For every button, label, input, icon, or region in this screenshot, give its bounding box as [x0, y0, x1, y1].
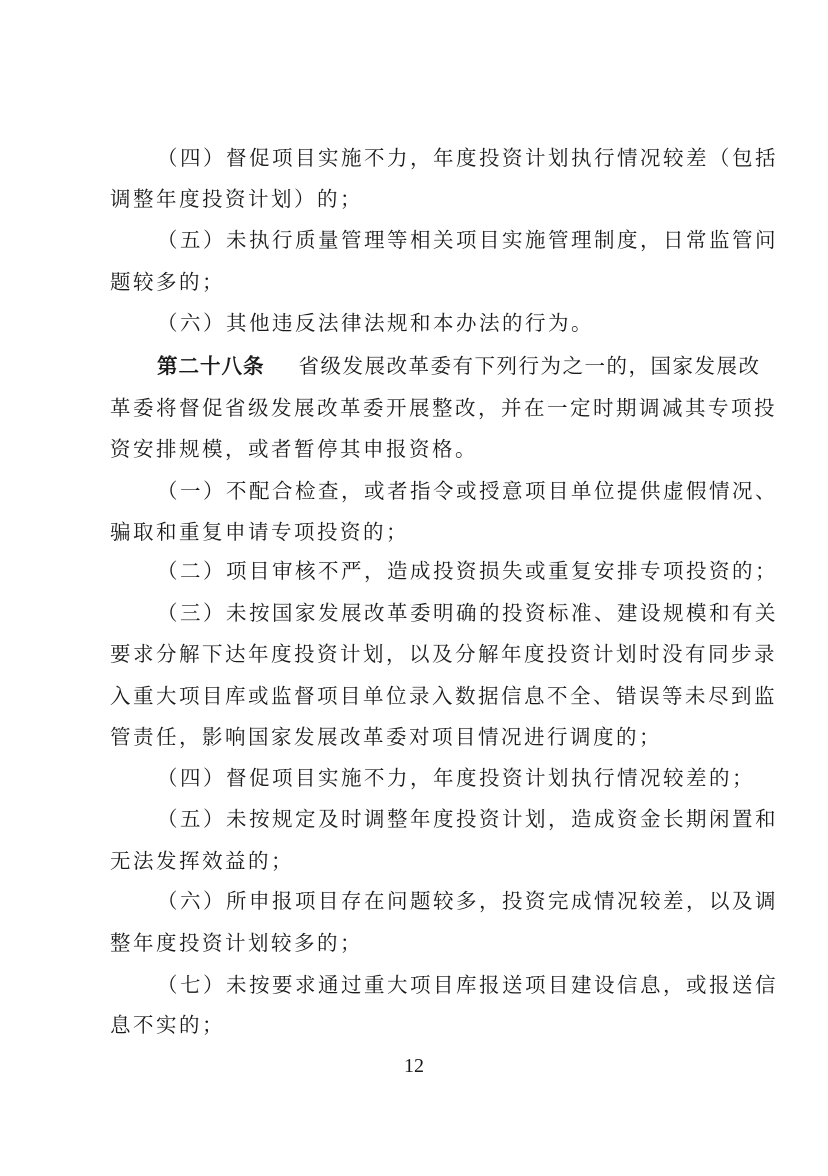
article-text: 省级发展改革委有下列行为之一的，国家发展改 — [299, 354, 761, 378]
article-heading: 第二十八条 — [157, 354, 265, 378]
text-line: 题较多的； — [110, 267, 720, 297]
text-line: 资安排规模，或者暂停其申报资格。 — [110, 434, 720, 464]
text-line: 无法发挥效益的； — [110, 846, 720, 876]
text-line: 入重大项目库或监督项目单位录入数据信息不全、错误等未尽到监 — [110, 681, 720, 711]
text-line: 息不实的； — [110, 1010, 720, 1040]
text-line: （三）未按国家发展改革委明确的投资标准、建设规模和有关 — [157, 598, 720, 628]
text-line: 整年度投资计划较多的； — [110, 928, 720, 958]
text-line: 管责任，影响国家发展改革委对项目情况进行调度的； — [110, 722, 720, 752]
text-line: （四）督促项目实施不力，年度投资计划执行情况较差的； — [157, 763, 720, 793]
text-line: （四）督促项目实施不力，年度投资计划执行情况较差（包括 — [157, 143, 720, 173]
text-line: 骗取和重复申请专项投资的； — [110, 517, 720, 547]
text-line: （一）不配合检查，或者指令或授意项目单位提供虚假情况、 — [157, 476, 720, 506]
document-page: （四）督促项目实施不力，年度投资计划执行情况较差（包括 调整年度投资计划）的； … — [0, 0, 828, 1176]
text-line: 要求分解下达年度投资计划，以及分解年度投资计划时没有同步录 — [110, 639, 720, 669]
text-line: 革委将督促省级发展改革委开展整改，并在一定时期调减其专项投 — [110, 393, 720, 423]
text-line: （五）未按规定及时调整年度投资计划，造成资金长期闲置和 — [157, 804, 720, 834]
text-line: （六）所申报项目存在问题较多，投资完成情况较差，以及调 — [157, 886, 720, 916]
text-line: （六）其他违反法律法规和本办法的行为。 — [157, 308, 720, 338]
text-line: （七）未按要求通过重大项目库报送项目建设信息，或报送信 — [157, 970, 720, 1000]
page-number: 12 — [0, 1055, 828, 1078]
article-paragraph-start: 第二十八条省级发展改革委有下列行为之一的，国家发展改 — [157, 351, 720, 381]
text-line: （二）项目审核不严，造成投资损失或重复安排专项投资的； — [157, 556, 720, 586]
text-line: 调整年度投资计划）的； — [110, 184, 720, 214]
text-line: （五）未执行质量管理等相关项目实施管理制度，日常监管问 — [157, 225, 720, 255]
